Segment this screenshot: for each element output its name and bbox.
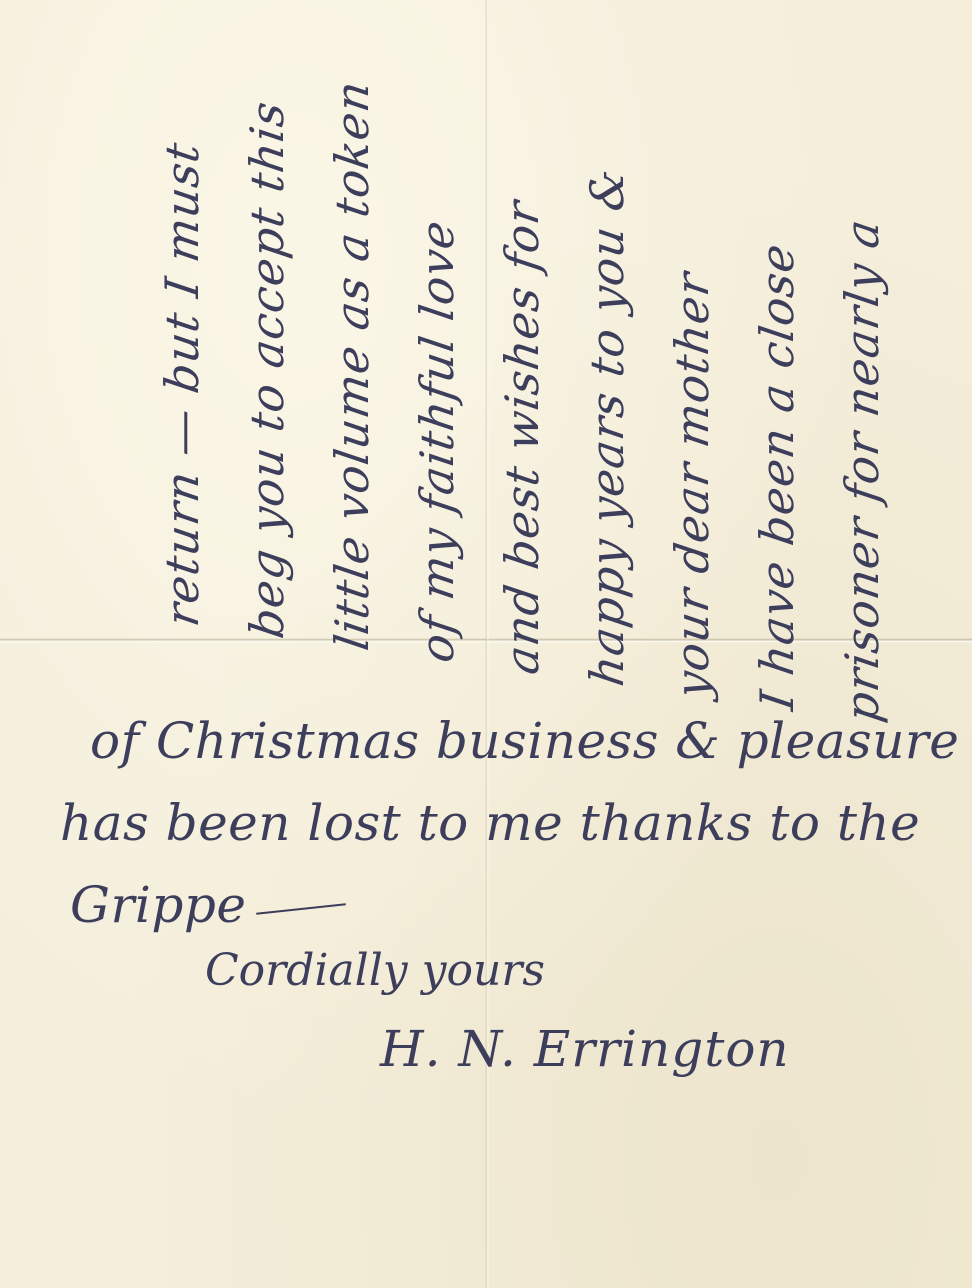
rotated-line-7: your dear mother bbox=[650, 102, 735, 714]
body-line-3-text: Grippe bbox=[70, 876, 246, 934]
rotated-line-8: I have been a close bbox=[735, 114, 820, 726]
letter-body: of Christmas business & pleasure has bee… bbox=[60, 700, 940, 946]
dash-stroke bbox=[257, 903, 347, 914]
rotated-line-2: beg you to accept this bbox=[225, 42, 310, 654]
signature: H. N. Errington bbox=[380, 1020, 790, 1078]
body-line-1: of Christmas business & pleasure bbox=[60, 700, 940, 782]
body-line-2: has been lost to me thanks to the bbox=[60, 782, 940, 864]
rotated-line-4: of my faithful love bbox=[395, 66, 480, 678]
rotated-line-3: little volume as a token bbox=[310, 54, 395, 666]
rotated-line-9: prisoner for nearly a bbox=[820, 126, 905, 738]
rotated-line-5: and best wishes for bbox=[480, 78, 565, 690]
body-line-3: Grippe bbox=[60, 864, 940, 946]
rotated-text-section: return — but I must beg you to accept th… bbox=[140, 30, 900, 737]
rotated-line-6: happy years to you & bbox=[565, 90, 650, 702]
letter-page: return — but I must beg you to accept th… bbox=[0, 0, 972, 1288]
rotated-line-1: return — but I must bbox=[140, 30, 225, 642]
closing: Cordially yours bbox=[205, 945, 545, 996]
